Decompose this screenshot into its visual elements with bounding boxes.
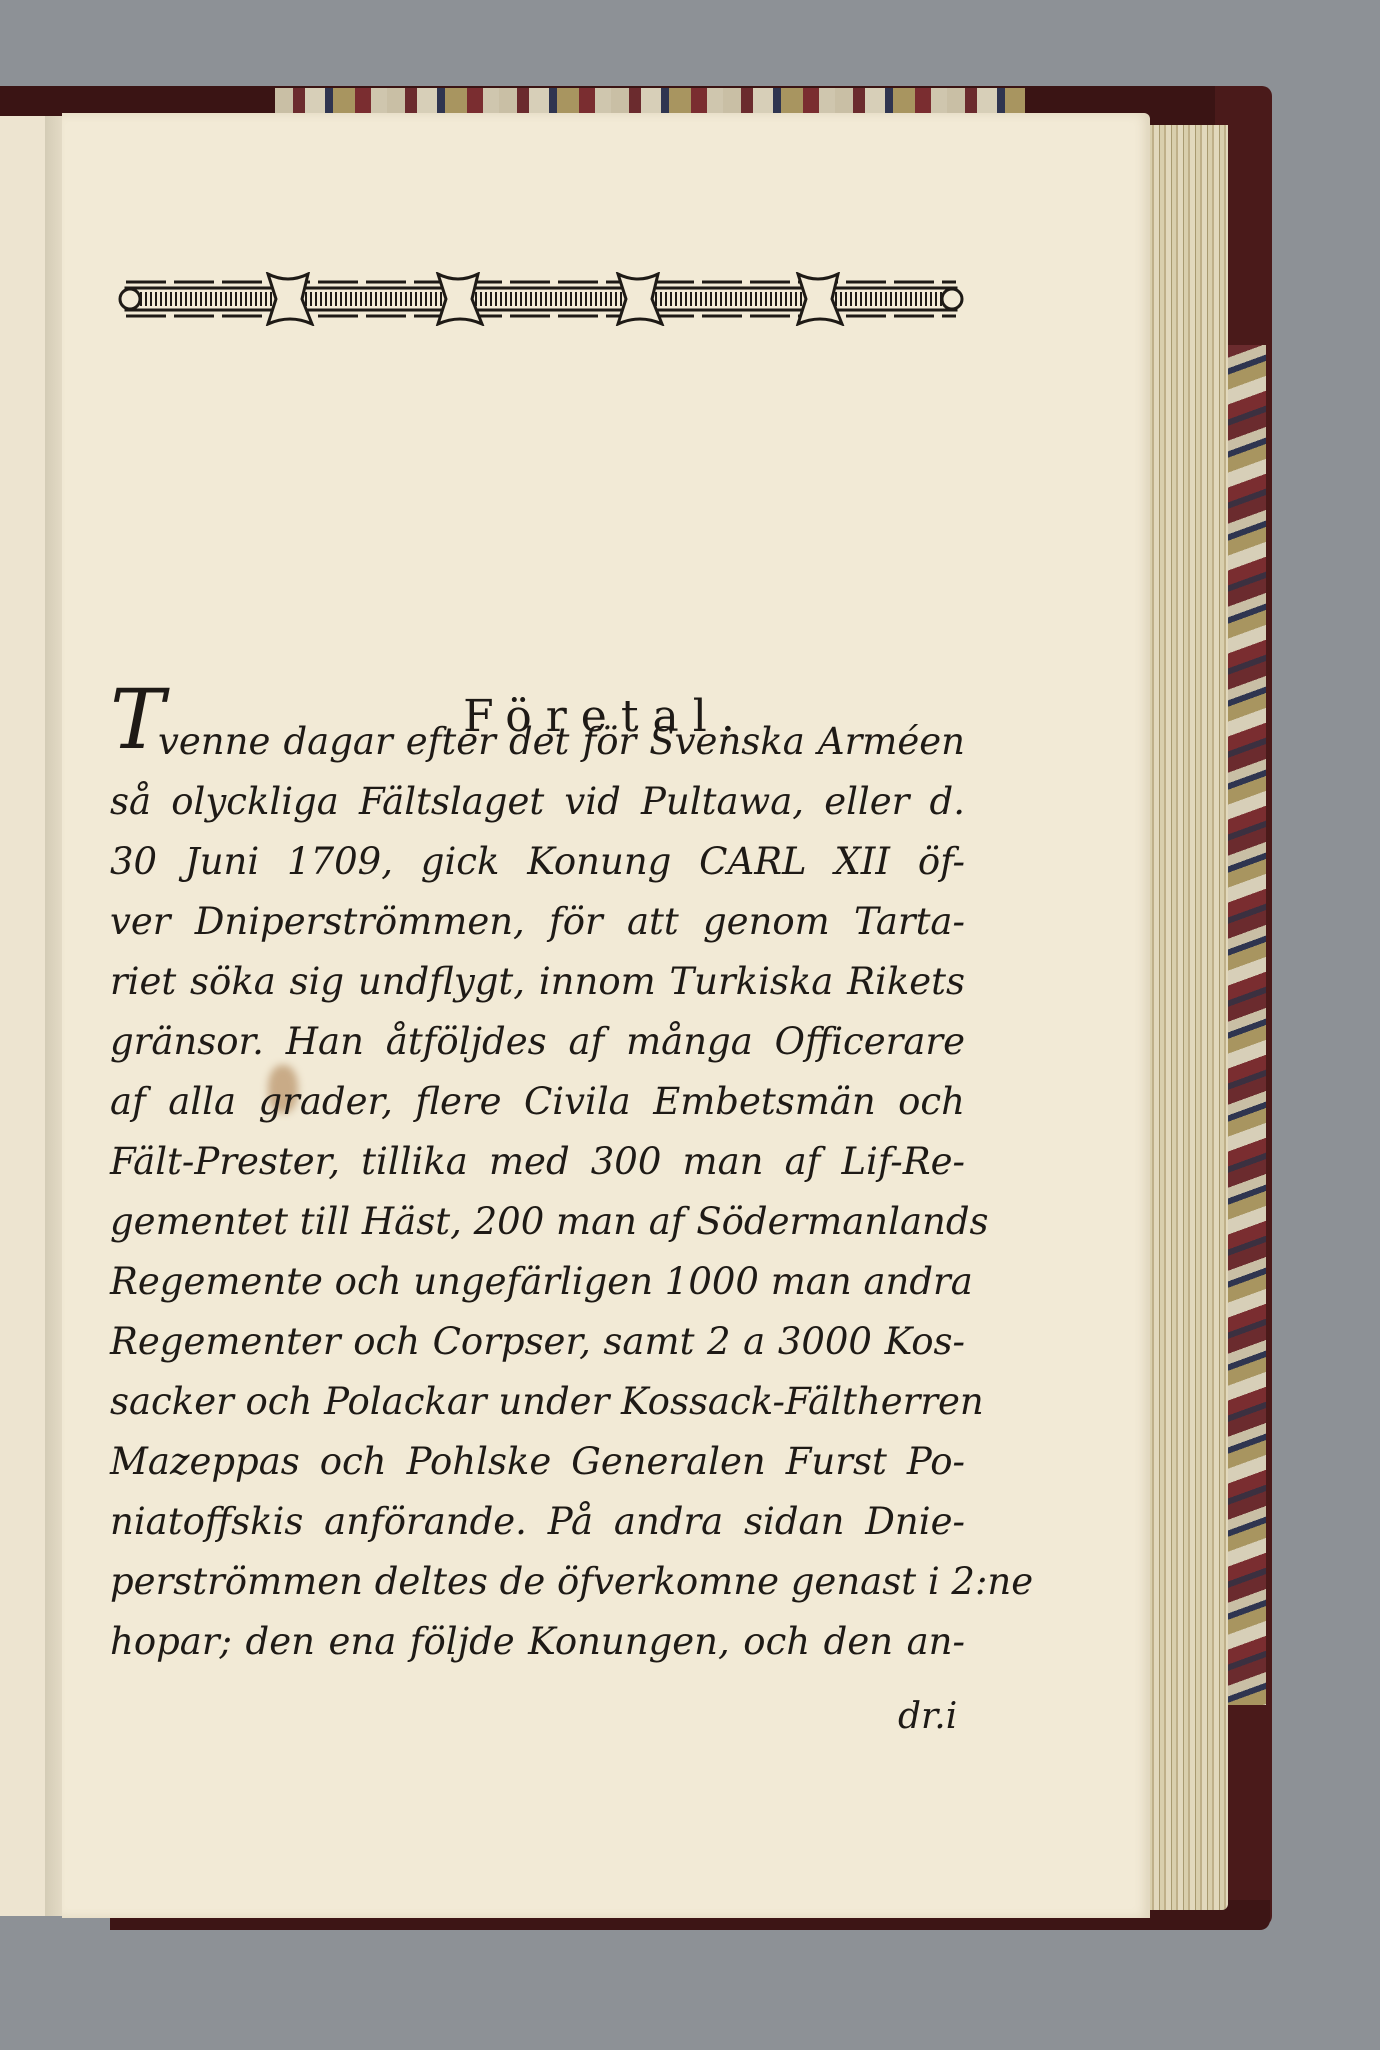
body-paragraph: venne dagar efter det för Svenska Arméen… xyxy=(110,712,965,1672)
text-line: af alla grader, flere Civila Embetsmän o… xyxy=(110,1072,965,1132)
text-line: hopar; den ena följde Konungen, och den … xyxy=(110,1612,965,1672)
marbled-edge-right xyxy=(1222,345,1266,1705)
catchword: dr.i xyxy=(898,1696,957,1737)
text-line: Regemente och ungefärligen 1000 man andr… xyxy=(110,1252,965,1312)
text-line: 30 Juni 1709, gick Konung CARL XII öf- xyxy=(110,832,965,892)
text-line: ver Dniperströmmen, för att genom Tarta- xyxy=(110,892,965,952)
text-line: gränsor. Han åtföljdes af många Officera… xyxy=(110,1012,965,1072)
book-gutter xyxy=(45,116,63,1916)
text-line: gementet till Häst, 200 man af Södermanl… xyxy=(110,1192,965,1252)
marbled-edge-top xyxy=(275,88,1025,116)
text-line: sacker och Polackar under Kossack-Fälthe… xyxy=(110,1372,965,1432)
text-line: Regementer och Corpser, samt 2 a 3000 Ko… xyxy=(110,1312,965,1372)
text-line: Fält-Prester, tillika med 300 man af Lif… xyxy=(110,1132,965,1192)
text-line: perströmmen deltes de öfverkomne genast … xyxy=(110,1552,965,1612)
page-fore-edge xyxy=(1148,125,1228,1910)
left-page-sliver xyxy=(0,116,46,1916)
text-line: venne dagar efter det för Svenska Arméen xyxy=(110,712,965,772)
text-line: riet söka sig undflygt, innom Turkiska R… xyxy=(110,952,965,1012)
text-line: niatoffskis anförande. På andra sidan Dn… xyxy=(110,1492,965,1552)
text-line: så olyckliga Fältslaget vid Pultawa, ell… xyxy=(110,772,965,832)
text-line: Mazeppas och Pohlske Generalen Furst Po- xyxy=(110,1432,965,1492)
ornament-headpiece-icon xyxy=(118,272,965,326)
